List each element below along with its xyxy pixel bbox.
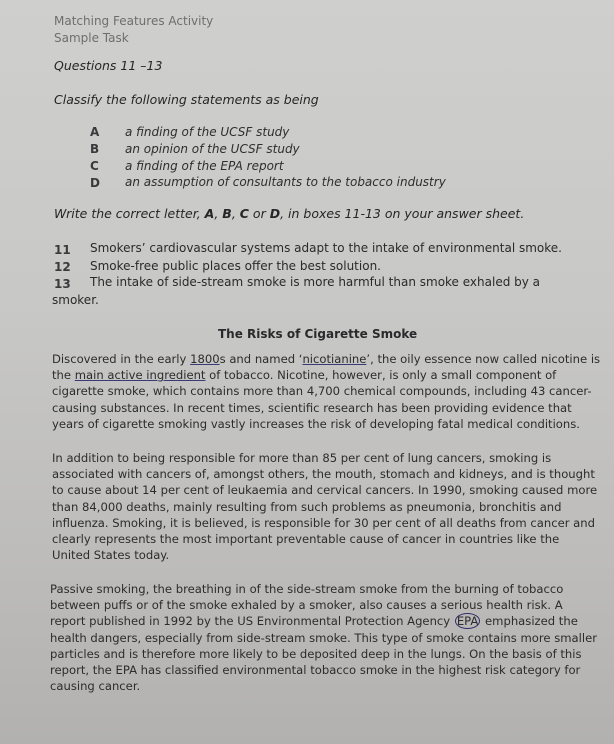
passage-text: emphasized the	[481, 614, 577, 628]
passage-text: health dangers, especially from side-str…	[50, 631, 597, 645]
underlined-annotation: 1800	[190, 352, 220, 366]
option-text: a finding of the EPA report	[125, 159, 284, 173]
passage-text: Passive smoking, the breathing in of the…	[50, 582, 563, 596]
write-instruction-text: Write the correct letter,	[54, 206, 205, 221]
passage-text: report published in 1992 by the US Envir…	[50, 614, 454, 628]
task-subtitle: Sample Task	[54, 31, 129, 45]
passage-line: causing substances. In recent times, sci…	[52, 400, 600, 416]
passage-text: to cause about 14 per cent of leukaemia …	[52, 483, 597, 497]
passage-line: Passive smoking, the breathing in of the…	[50, 581, 597, 597]
passage-line: In addition to being responsible for mor…	[52, 450, 597, 466]
option-letter: A	[90, 125, 99, 139]
question-number: 11	[54, 243, 71, 257]
passage-line: to cause about 14 per cent of leukaemia …	[52, 482, 597, 498]
letter-b: B	[222, 206, 232, 221]
passage-text: than 84,000 deaths, mainly resulting fro…	[52, 500, 562, 514]
question-number: 13	[54, 277, 71, 291]
passage-line: influenza. Smoking, it is believed, is r…	[52, 515, 597, 531]
passage-text: causing cancer.	[50, 679, 140, 693]
passage-text: influenza. Smoking, it is believed, is r…	[52, 516, 595, 530]
option-text: a finding of the UCSF study	[125, 125, 289, 139]
passage-text: of tobacco. Nicotine, however, is only a…	[205, 368, 556, 382]
passage-line: the main active ingredient of tobacco. N…	[52, 367, 600, 383]
question-text: Smokers’ cardiovascular systems adapt to…	[90, 241, 562, 255]
passage-text: years of cigarette smoking vastly increa…	[52, 417, 580, 431]
passage-line: United States today.	[52, 547, 597, 563]
letter-d: D	[270, 206, 280, 221]
worksheet-page: Matching Features Activity Sample Task Q…	[0, 0, 614, 744]
option-letter: C	[90, 159, 99, 173]
passage-line: than 84,000 deaths, mainly resulting fro…	[52, 499, 597, 515]
option-letter: D	[90, 176, 100, 190]
passage-line: causing cancer.	[50, 678, 597, 694]
passage-line: report, the EPA has classified environme…	[50, 662, 597, 678]
question-text-continuation: smoker.	[52, 293, 99, 307]
passage-text: associated with cancers of, amongst othe…	[52, 467, 595, 481]
question-number: 12	[54, 260, 71, 274]
underlined-annotation: main active ingredient	[75, 368, 206, 382]
passage-text: particles and is therefore more likely t…	[50, 647, 582, 661]
passage-line: health dangers, especially from side-str…	[50, 630, 597, 646]
classify-instruction: Classify the following statements as bei…	[54, 92, 319, 107]
passage-paragraph-3: Passive smoking, the breathing in of the…	[50, 581, 597, 694]
passage-text: Discovered in the early	[52, 352, 190, 366]
passage-text: United States today.	[52, 548, 169, 562]
questions-range: Questions 11 –13	[54, 58, 162, 73]
passage-line: years of cigarette smoking vastly increa…	[52, 416, 600, 432]
option-text: an assumption of consultants to the toba…	[125, 175, 446, 189]
passage-line: associated with cancers of, amongst othe…	[52, 466, 597, 482]
passage-line: Discovered in the early 1800s and named …	[52, 351, 600, 367]
passage-text: ’, the oily essence now called nicotine …	[366, 352, 600, 366]
passage-text: report, the EPA has classified environme…	[50, 663, 580, 677]
passage-line: report published in 1992 by the US Envir…	[50, 613, 597, 629]
underlined-annotation: nicotianine	[302, 352, 366, 366]
passage-text: cigarette smoke, which contains more tha…	[52, 384, 592, 398]
passage-text: s and named ‘	[220, 352, 303, 366]
letter-c: C	[240, 206, 249, 221]
question-text: Smoke-free public places offer the best …	[90, 259, 381, 273]
passage-text: between puffs or of the smoke exhaled by…	[50, 598, 563, 612]
passage-title: The Risks of Cigarette Smoke	[218, 327, 417, 341]
passage-line: clearly represents the most important pr…	[52, 531, 597, 547]
question-text: The intake of side-stream smoke is more …	[90, 275, 540, 289]
letter-a: A	[205, 206, 215, 221]
circled-annotation: EPA	[455, 613, 481, 629]
activity-title: Matching Features Activity	[54, 14, 213, 28]
passage-text: the	[52, 368, 75, 382]
option-text: an opinion of the UCSF study	[125, 142, 300, 156]
write-instruction: Write the correct letter, A, B, C or D, …	[54, 206, 524, 221]
passage-text: causing substances. In recent times, sci…	[52, 401, 572, 415]
passage-line: between puffs or of the smoke exhaled by…	[50, 597, 597, 613]
option-letter: B	[90, 142, 99, 156]
passage-line: cigarette smoke, which contains more tha…	[52, 383, 600, 399]
passage-text: In addition to being responsible for mor…	[52, 451, 551, 465]
passage-paragraph-2: In addition to being responsible for mor…	[52, 450, 597, 563]
passage-text: clearly represents the most important pr…	[52, 532, 559, 546]
write-instruction-tail: in boxes 11-13 on your answer sheet.	[284, 206, 524, 221]
passage-line: particles and is therefore more likely t…	[50, 646, 597, 662]
passage-paragraph-1: Discovered in the early 1800s and named …	[52, 351, 600, 432]
